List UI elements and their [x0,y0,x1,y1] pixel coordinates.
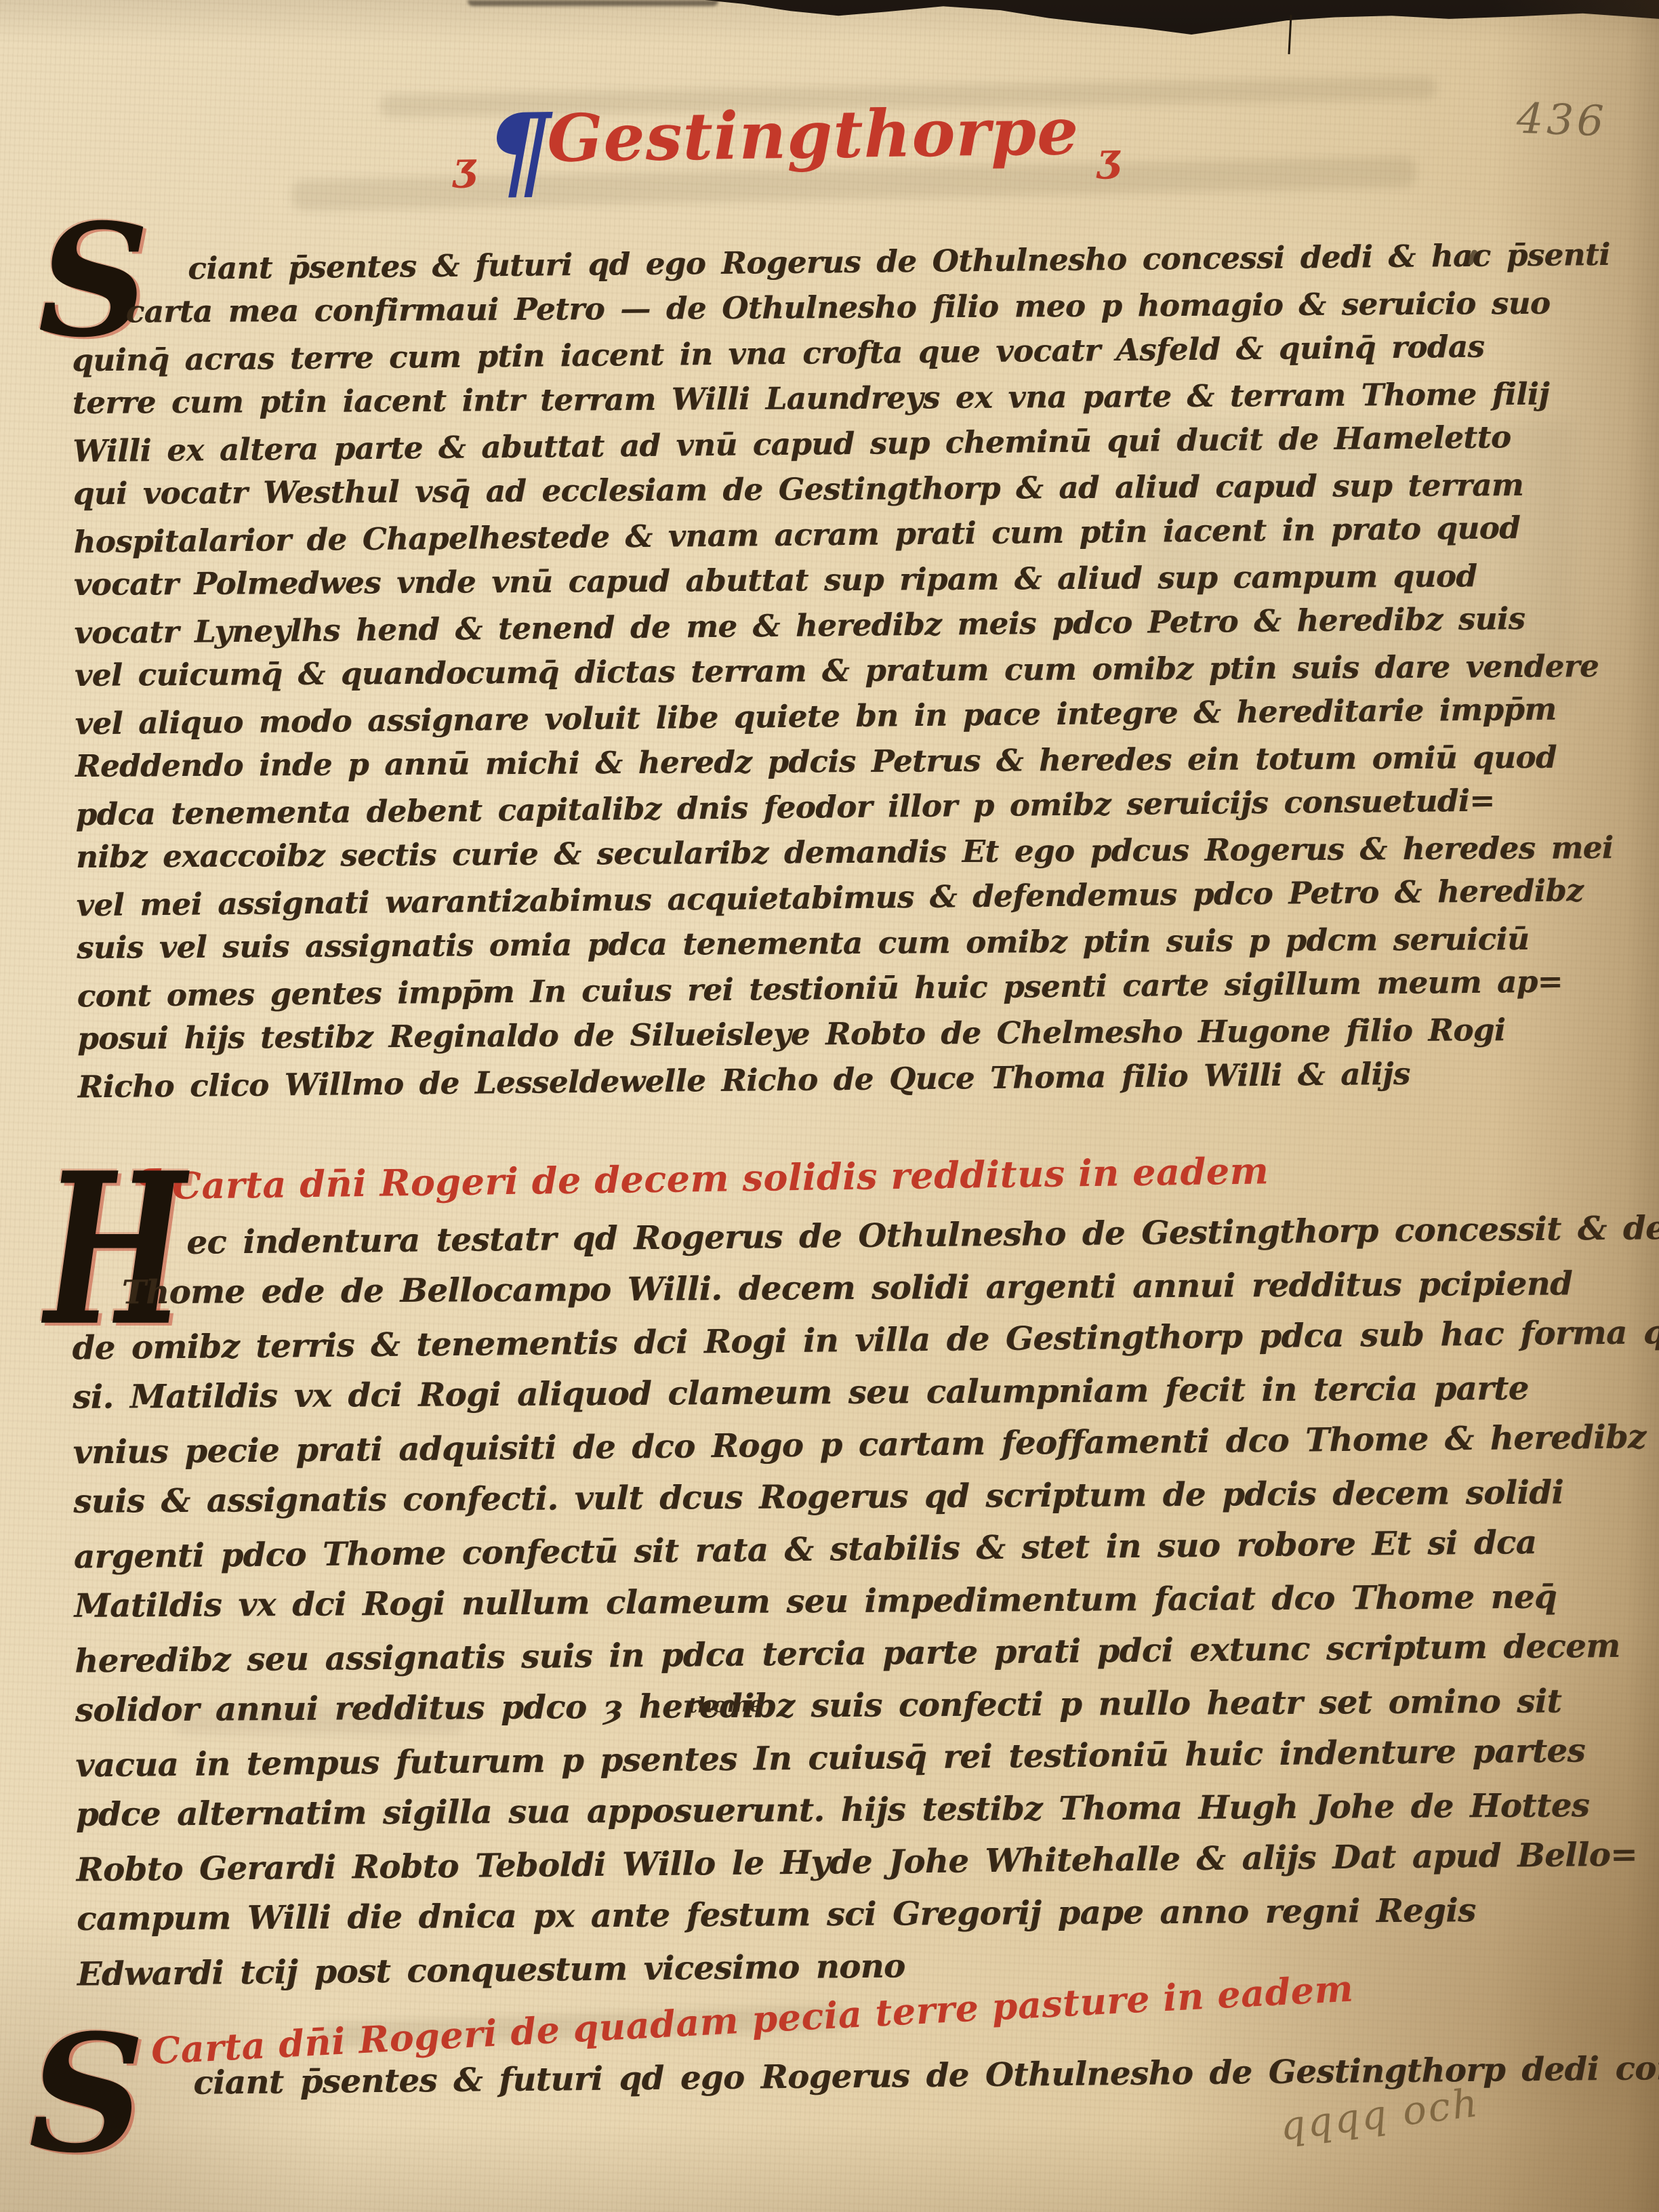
book-edge-shadow [705,0,1659,39]
book-edge-wisp [468,0,718,6]
rubric-1: ¶Carta dn̄i Rogeri de decem solidis redd… [134,1144,1269,1209]
interlinear-insertion: thome [688,1692,763,1718]
manuscript-page: 436 ʒ¶Gestingthorpeʒ S ciant p̄sentes & … [0,0,1659,2212]
charter-entry-2: ec indentura testatr qd Rogerus de Othul… [71,1204,1659,1999]
rubric-title: Carta dn̄i Rogeri de decem solidis reddi… [172,1149,1269,1208]
stray-hair-mark [1288,15,1292,54]
pilcrow-mark: ¶ [485,90,547,212]
heading-flourish-right: ʒ [1097,134,1120,180]
charter-entry-1: ciant p̄sentes & futuri qd ego Rogerus d… [71,233,1617,1108]
page-heading: ʒ¶Gestingthorpeʒ [452,82,1120,213]
folio-number: 436 [1516,94,1608,146]
heading-flourish-left: ʒ [453,143,476,189]
heading-title: Gestingthorpe [547,93,1080,177]
